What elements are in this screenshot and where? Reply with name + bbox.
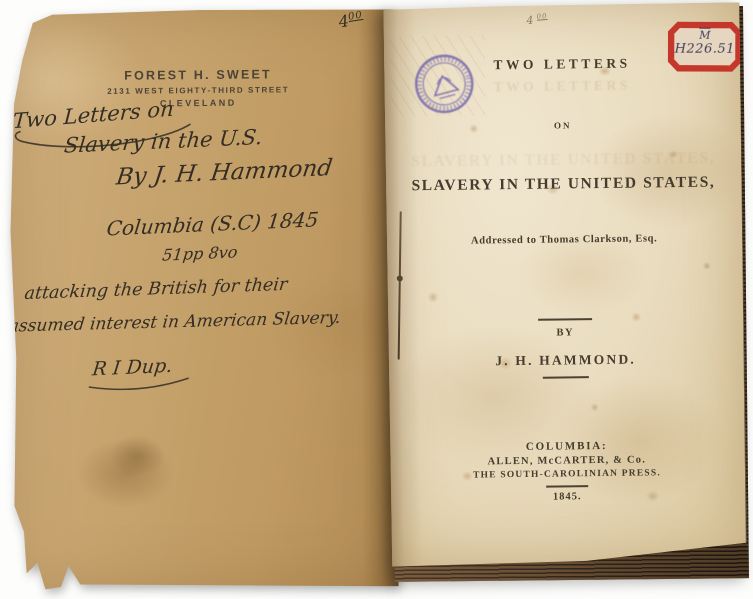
- subtitle-ghost-offset: SLAVERY IN THE UNITED STATES,: [387, 149, 739, 171]
- imprint-city: COLUMBIA:: [391, 438, 743, 454]
- cover-page-wrapper: 400 FOREST H. SWEET 2131 WEST EIGHTY-THI…: [0, 0, 420, 599]
- imprint-press: THE SOUTH-CAROLINIAN PRESS.: [391, 467, 743, 481]
- handwritten-author-line: By J. H. Hammond: [115, 155, 334, 190]
- pencil-price-cents: 00: [536, 12, 547, 21]
- handwritten-note-line-2: assumed interest in American Slavery.: [8, 308, 342, 337]
- title-page-wrapper: 4 00 M H226.51 TWO LETTERS TWO LETT: [370, 0, 753, 599]
- book-title-ghost-offset: TWO LETTERS: [386, 76, 738, 96]
- rule-below-author: [543, 376, 589, 378]
- addressee-line: Addressed to Thomas Clarkson, Esq.: [388, 232, 740, 247]
- imprint-publisher: ALLEN, McCARTER, & Co.: [391, 453, 743, 468]
- pencil-price-amount: 4: [526, 14, 534, 28]
- pencil-price-note: 4 00: [526, 12, 548, 27]
- handwritten-note-line-1: attacking the British for their: [23, 275, 288, 304]
- author-name: J. H. HAMMOND.: [390, 350, 742, 370]
- handwritten-subject-line: Slavery in the U.S.: [63, 125, 263, 158]
- rule-above-by: [538, 318, 592, 320]
- cover-page: 400 FOREST H. SWEET 2131 WEST EIGHTY-THI…: [5, 8, 398, 589]
- handwritten-title-line: Two Letters on: [12, 97, 174, 134]
- bookseller-name: FOREST H. SWEET: [86, 67, 310, 83]
- rule-above-year: [546, 485, 588, 487]
- scanned-pamphlet-photo: 400 FOREST H. SWEET 2131 WEST EIGHTY-THI…: [0, 0, 753, 599]
- bookseller-street: 2131 WEST EIGHTY-THIRD STREET: [86, 85, 310, 96]
- handwritten-collation-line: 51pp 8vo: [161, 242, 238, 264]
- imprint-year: 1845.: [391, 489, 743, 504]
- price-cents: 00: [347, 10, 363, 23]
- by-word: BY: [389, 325, 741, 340]
- title-page: 4 00 M H226.51 TWO LETTERS TWO LETT: [383, 2, 747, 566]
- title-on-word: ON: [387, 118, 739, 132]
- price-note: 400: [337, 9, 364, 31]
- handwritten-imprint-line: Columbia (S.C) 1845: [105, 207, 319, 240]
- handwritten-dup-mark: R I Dup.: [91, 355, 173, 380]
- call-number-class-letter: M: [673, 30, 737, 42]
- book-subtitle: SLAVERY IN THE UNITED STATES,: [387, 173, 739, 195]
